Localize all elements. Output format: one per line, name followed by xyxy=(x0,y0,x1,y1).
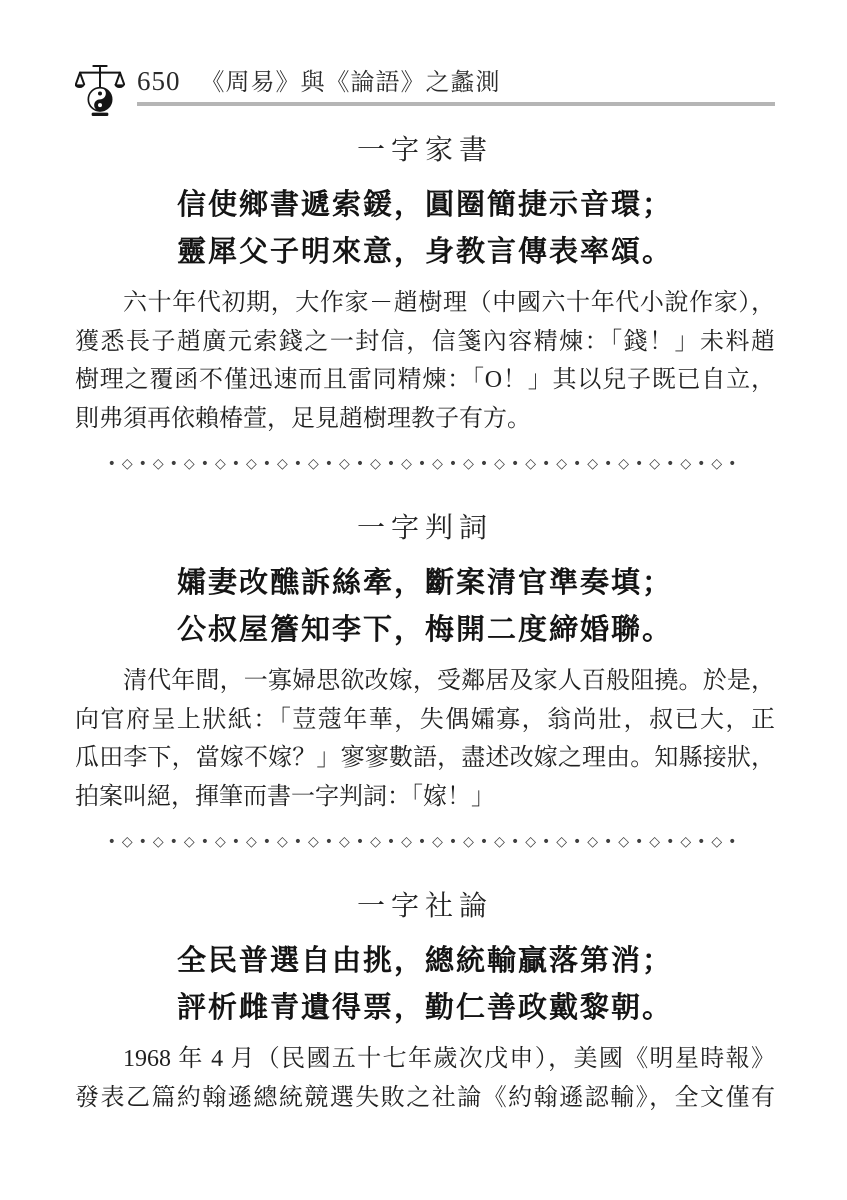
poem-line: 評析雌青遺得票，勤仁善政戴黎朝。 xyxy=(75,985,775,1032)
paragraph: 1968 年 4 月（民國五十七年歲次戊申），美國《明星時報》 發表乙篇約翰遜總… xyxy=(75,1040,775,1117)
paragraph-line: 則弗須再依賴椿萱，足見趙樹理教子有方。 xyxy=(75,400,775,439)
section-title: 一字家書 xyxy=(75,128,775,168)
poem-line: 公叔屋簷知李下，梅開二度締婚聯。 xyxy=(75,607,775,654)
poem: 信使鄉書遞索鍰，圓圈簡捷示音環； 靈犀父子明來意，身教言傳表率頌。 xyxy=(75,182,775,276)
section-family-letter: 一字家書 信使鄉書遞索鍰，圓圈簡捷示音環； 靈犀父子明來意，身教言傳表率頌。 六… xyxy=(75,128,775,438)
header-rule: 650 《周易》與《論語》之蠡測 xyxy=(137,62,775,106)
paragraph-line: 向官府呈上狀紙：「荳蔻年華，失偶孀寡，翁尚壯，叔已大，正 xyxy=(75,701,775,740)
section-editorial: 一字社論 全民普選自由挑，總統輸贏落第消； 評析雌青遺得票，勤仁善政戴黎朝。 1… xyxy=(75,884,775,1117)
poem-line: 靈犀父子明來意，身教言傳表率頌。 xyxy=(75,229,775,276)
section-title: 一字社論 xyxy=(75,884,775,924)
section-divider: •◇•◇•◇•◇•◇•◇•◇•◇•◇•◇•◇•◇•◇•◇•◇•◇•◇•◇•◇•◇… xyxy=(75,834,775,850)
paragraph-line: 清代年間，一寡婦思欲改嫁，受鄰居及家人百般阻撓。於是， xyxy=(75,662,775,701)
book-page: 650 《周易》與《論語》之蠡測 一字家書 信使鄉書遞索鍰，圓圈簡捷示音環； 靈… xyxy=(0,0,847,1200)
poem: 孀妻改醮訴絲牽，斷案清官準奏填； 公叔屋簷知李下，梅開二度締婚聯。 xyxy=(75,560,775,654)
poem-line: 信使鄉書遞索鍰，圓圈簡捷示音環； xyxy=(75,182,775,229)
page-header: 650 《周易》與《論語》之蠡測 xyxy=(75,44,775,106)
section-title: 一字判詞 xyxy=(75,506,775,546)
paragraph-line: 瓜田李下，當嫁不嫁？」寥寥數語，盡述改嫁之理由。知縣接狀， xyxy=(75,739,775,778)
poem-line: 孀妻改醮訴絲牽，斷案清官準奏填； xyxy=(75,560,775,607)
book-title: 《周易》與《論語》之蠡測 xyxy=(201,62,501,97)
section-divider: •◇•◇•◇•◇•◇•◇•◇•◇•◇•◇•◇•◇•◇•◇•◇•◇•◇•◇•◇•◇… xyxy=(75,456,775,472)
paragraph-line: 發表乙篇約翰遜總統競選失敗之社論《約翰遜認輸》，全文僅有 xyxy=(75,1079,775,1118)
paragraph-line: 六十年代初期，大作家－趙樹理（中國六十年代小說作家）， xyxy=(75,284,775,323)
paragraph: 清代年間，一寡婦思欲改嫁，受鄰居及家人百般阻撓。於是， 向官府呈上狀紙：「荳蔻年… xyxy=(75,662,775,816)
poem: 全民普選自由挑，總統輸贏落第消； 評析雌青遺得票，勤仁善政戴黎朝。 xyxy=(75,938,775,1032)
paragraph-line: 1968 年 4 月（民國五十七年歲次戊申），美國《明星時報》 xyxy=(75,1040,775,1079)
page-number: 650 xyxy=(137,66,181,97)
yinyang-scale-icon xyxy=(75,62,125,120)
section-verdict: 一字判詞 孀妻改醮訴絲牽，斷案清官準奏填； 公叔屋簷知李下，梅開二度締婚聯。 清… xyxy=(75,506,775,816)
poem-line: 全民普選自由挑，總統輸贏落第消； xyxy=(75,938,775,985)
paragraph-line: 拍案叫絕，揮筆而書一字判詞：「嫁！」 xyxy=(75,778,775,817)
paragraph-line: 獲悉長子趙廣元索錢之一封信，信箋內容精煉：「錢！」未料趙 xyxy=(75,323,775,362)
paragraph: 六十年代初期，大作家－趙樹理（中國六十年代小說作家）， 獲悉長子趙廣元索錢之一封… xyxy=(75,284,775,438)
paragraph-line: 樹理之覆函不僅迅速而且雷同精煉：「O！」其以兒子既已自立， xyxy=(75,361,775,400)
